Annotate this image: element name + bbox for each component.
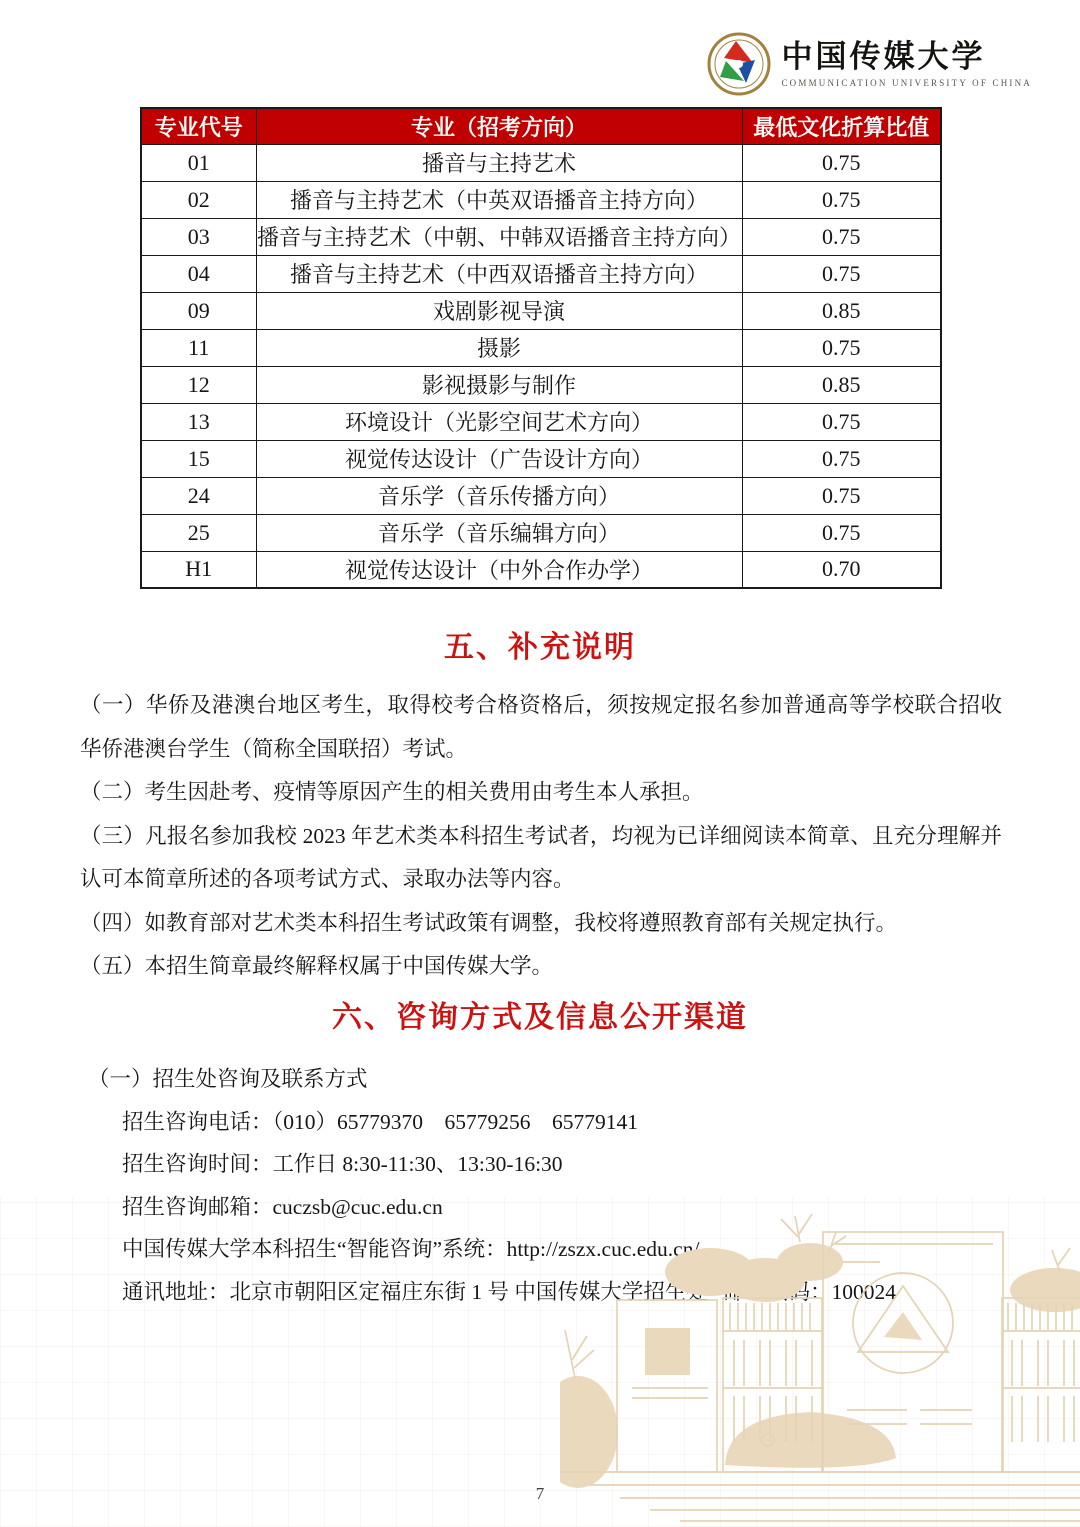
culture-ratio-table: 专业代号专业（招考方向）最低文化折算比值 01播音与主持艺术0.7502播音与主… bbox=[140, 107, 942, 589]
ratio-cell: 0.75 bbox=[742, 514, 941, 551]
ratio-cell: 0.75 bbox=[742, 329, 941, 366]
contact-intro: （一）招生处咨询及联系方式 bbox=[88, 1058, 1000, 1101]
table-header-cell: 专业代号 bbox=[141, 108, 256, 144]
major-code-cell: 13 bbox=[141, 403, 256, 440]
ratio-cell: 0.75 bbox=[742, 403, 941, 440]
note-paragraph: （四）如教育部对艺术类本科招生考试政策有调整，我校将遵照教育部有关规定执行。 bbox=[80, 902, 1002, 946]
major-name-cell: 戏剧影视导演 bbox=[256, 292, 742, 329]
major-code-cell: 09 bbox=[141, 292, 256, 329]
major-name-cell: 播音与主持艺术（中英双语播音主持方向） bbox=[256, 181, 742, 218]
ratio-cell: 0.75 bbox=[742, 181, 941, 218]
table-header-row: 专业代号专业（招考方向）最低文化折算比值 bbox=[141, 108, 941, 144]
contact-info-block: （一）招生处咨询及联系方式 招生咨询电话：（010）65779370 65779… bbox=[88, 1058, 1000, 1313]
document-page: 中国传媒大学 COMMUNICATION UNIVERSITY OF CHINA… bbox=[0, 0, 1080, 1527]
ratio-cell: 0.85 bbox=[742, 366, 941, 403]
major-name-cell: 环境设计（光影空间艺术方向） bbox=[256, 403, 742, 440]
university-name-en: COMMUNICATION UNIVERSITY OF CHINA bbox=[781, 78, 1032, 88]
major-code-cell: 01 bbox=[141, 144, 256, 181]
note-paragraph: （一）华侨及港澳台地区考生，取得校考合格资格后，须按规定报名参加普通高等学校联合… bbox=[80, 684, 1002, 771]
section-five-title: 五、补充说明 bbox=[0, 622, 1080, 666]
table-row: 01播音与主持艺术0.75 bbox=[141, 144, 941, 181]
table-row: 25音乐学（音乐编辑方向）0.75 bbox=[141, 514, 941, 551]
major-code-cell: 02 bbox=[141, 181, 256, 218]
ratio-cell: 0.75 bbox=[742, 218, 941, 255]
table-row: 24音乐学（音乐传播方向）0.75 bbox=[141, 477, 941, 514]
major-name-cell: 音乐学（音乐传播方向） bbox=[256, 477, 742, 514]
contact-line: 招生咨询邮箱：cuczsb@cuc.edu.cn bbox=[122, 1186, 1000, 1229]
table-row: 02播音与主持艺术（中英双语播音主持方向）0.75 bbox=[141, 181, 941, 218]
table-row: 13环境设计（光影空间艺术方向）0.75 bbox=[141, 403, 941, 440]
table-row: 09戏剧影视导演0.85 bbox=[141, 292, 941, 329]
major-name-cell: 播音与主持艺术（中西双语播音主持方向） bbox=[256, 255, 742, 292]
major-name-cell: 视觉传达设计（广告设计方向） bbox=[256, 440, 742, 477]
table-row: 03播音与主持艺术（中朝、中韩双语播音主持方向）0.75 bbox=[141, 218, 941, 255]
table-row: H1视觉传达设计（中外合作办学）0.70 bbox=[141, 551, 941, 588]
note-paragraph: （二）考生因赴考、疫情等原因产生的相关费用由考生本人承担。 bbox=[80, 771, 1002, 815]
major-name-cell: 视觉传达设计（中外合作办学） bbox=[256, 551, 742, 588]
ratio-cell: 0.75 bbox=[742, 477, 941, 514]
university-logo: 中国传媒大学 COMMUNICATION UNIVERSITY OF CHINA bbox=[707, 32, 1032, 96]
major-name-cell: 音乐学（音乐编辑方向） bbox=[256, 514, 742, 551]
table-row: 04播音与主持艺术（中西双语播音主持方向）0.75 bbox=[141, 255, 941, 292]
ratio-cell: 0.85 bbox=[742, 292, 941, 329]
note-paragraph: （五）本招生简章最终解释权属于中国传媒大学。 bbox=[80, 945, 1002, 989]
major-name-cell: 影视摄影与制作 bbox=[256, 366, 742, 403]
table-header-cell: 专业（招考方向） bbox=[256, 108, 742, 144]
major-name-cell: 摄影 bbox=[256, 329, 742, 366]
table-header-cell: 最低文化折算比值 bbox=[742, 108, 941, 144]
major-code-cell: 15 bbox=[141, 440, 256, 477]
supplementary-notes: （一）华侨及港澳台地区考生，取得校考合格资格后，须按规定报名参加普通高等学校联合… bbox=[80, 684, 1002, 989]
major-name-cell: 播音与主持艺术（中朝、中韩双语播音主持方向） bbox=[256, 218, 742, 255]
university-name-cn: 中国传媒大学 bbox=[781, 40, 1032, 74]
table-row: 15视觉传达设计（广告设计方向）0.75 bbox=[141, 440, 941, 477]
contact-line: 招生咨询时间：工作日 8:30-11:30、13:30-16:30 bbox=[122, 1143, 1000, 1186]
university-seal-icon bbox=[707, 32, 771, 96]
page-number: 7 bbox=[0, 1484, 1080, 1504]
ratio-cell: 0.75 bbox=[742, 440, 941, 477]
major-code-cell: 11 bbox=[141, 329, 256, 366]
ratio-cell: 0.70 bbox=[742, 551, 941, 588]
ratio-cell: 0.75 bbox=[742, 255, 941, 292]
major-code-cell: 04 bbox=[141, 255, 256, 292]
section-six-title: 六、咨询方式及信息公开渠道 bbox=[0, 992, 1080, 1036]
table-row: 12影视摄影与制作0.85 bbox=[141, 366, 941, 403]
note-paragraph: （三）凡报名参加我校 2023 年艺术类本科招生考试者，均视为已详细阅读本简章、… bbox=[80, 815, 1002, 902]
contact-line: 中国传媒大学本科招生“智能咨询”系统：http://zszx.cuc.edu.c… bbox=[122, 1228, 1000, 1271]
university-name-block: 中国传媒大学 COMMUNICATION UNIVERSITY OF CHINA bbox=[781, 40, 1032, 88]
contact-line: 招生咨询电话：（010）65779370 65779256 65779141 bbox=[122, 1101, 1000, 1144]
major-code-cell: 25 bbox=[141, 514, 256, 551]
major-code-cell: 03 bbox=[141, 218, 256, 255]
table-row: 11摄影0.75 bbox=[141, 329, 941, 366]
major-code-cell: 24 bbox=[141, 477, 256, 514]
major-name-cell: 播音与主持艺术 bbox=[256, 144, 742, 181]
major-code-cell: H1 bbox=[141, 551, 256, 588]
major-code-cell: 12 bbox=[141, 366, 256, 403]
ratio-cell: 0.75 bbox=[742, 144, 941, 181]
contact-line: 通讯地址：北京市朝阳区定福庄东街 1 号 中国传媒大学招生处 邮政编码：1000… bbox=[122, 1271, 1000, 1314]
